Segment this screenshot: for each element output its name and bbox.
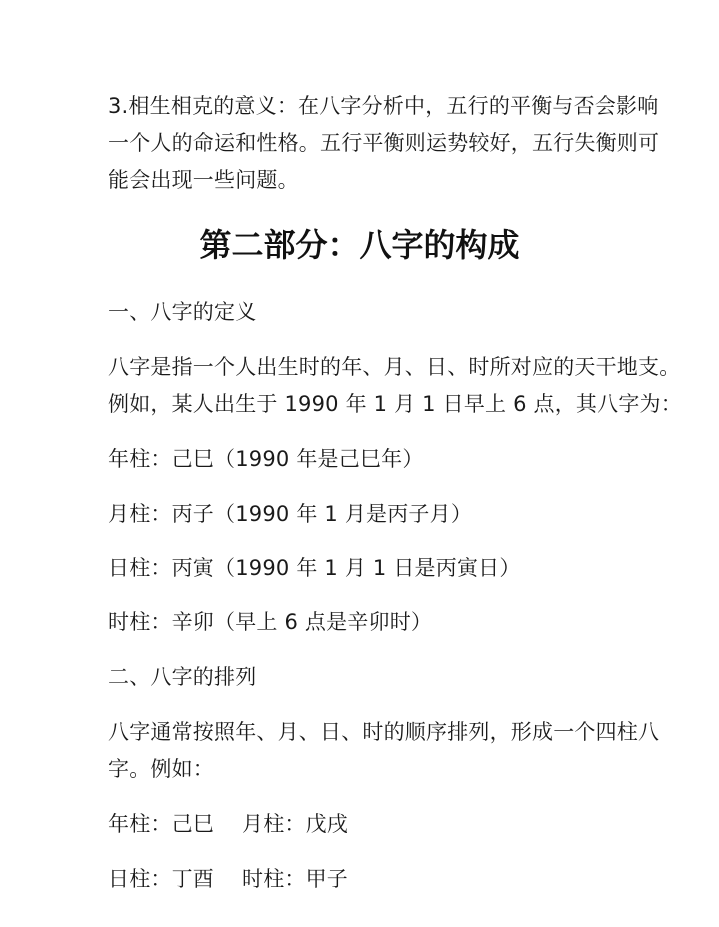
- subsection-heading: 二、八字的排列: [108, 662, 628, 692]
- pillar-month: 月柱：戊戌: [242, 809, 348, 839]
- body-line: 字。例如：: [108, 754, 628, 784]
- pillar-year: 年柱：己巳: [108, 809, 214, 839]
- subsection-heading: 一、八字的定义: [108, 297, 628, 327]
- pillar-hour: 时柱：辛卯（早上 6 点是辛卯时）: [108, 607, 628, 637]
- body-line: 八字通常按照年、月、日、时的顺序排列，形成一个四柱八: [108, 717, 628, 747]
- body-line: 八字是指一个人出生时的年、月、日、时所对应的天干地支。: [108, 352, 628, 382]
- pillar-day: 日柱：丁酉: [108, 864, 214, 894]
- pillar-hour: 时柱：甲子: [242, 864, 348, 894]
- pillar-row: 日柱：丁酉时柱：甲子: [108, 864, 628, 894]
- intro-line: 一个人的命运和性格。五行平衡则运势较好，五行失衡则可: [108, 128, 628, 158]
- body-line: 例如，某人出生于 1990 年 1 月 1 日早上 6 点，其八字为：: [108, 389, 628, 419]
- pillar-row: 年柱：己巳月柱：戊戌: [108, 809, 628, 839]
- part-title: 第二部分：八字的构成: [0, 223, 719, 267]
- pillar-day: 日柱：丙寅（1990 年 1 月 1 日是丙寅日）: [108, 553, 628, 583]
- pillar-month: 月柱：丙子（1990 年 1 月是丙子月）: [108, 499, 628, 529]
- intro-line: 能会出现一些问题。: [108, 165, 628, 195]
- intro-line: 3.相生相克的意义：在八字分析中，五行的平衡与否会影响: [108, 91, 628, 121]
- pillar-year: 年柱：己巳（1990 年是己巳年）: [108, 444, 628, 474]
